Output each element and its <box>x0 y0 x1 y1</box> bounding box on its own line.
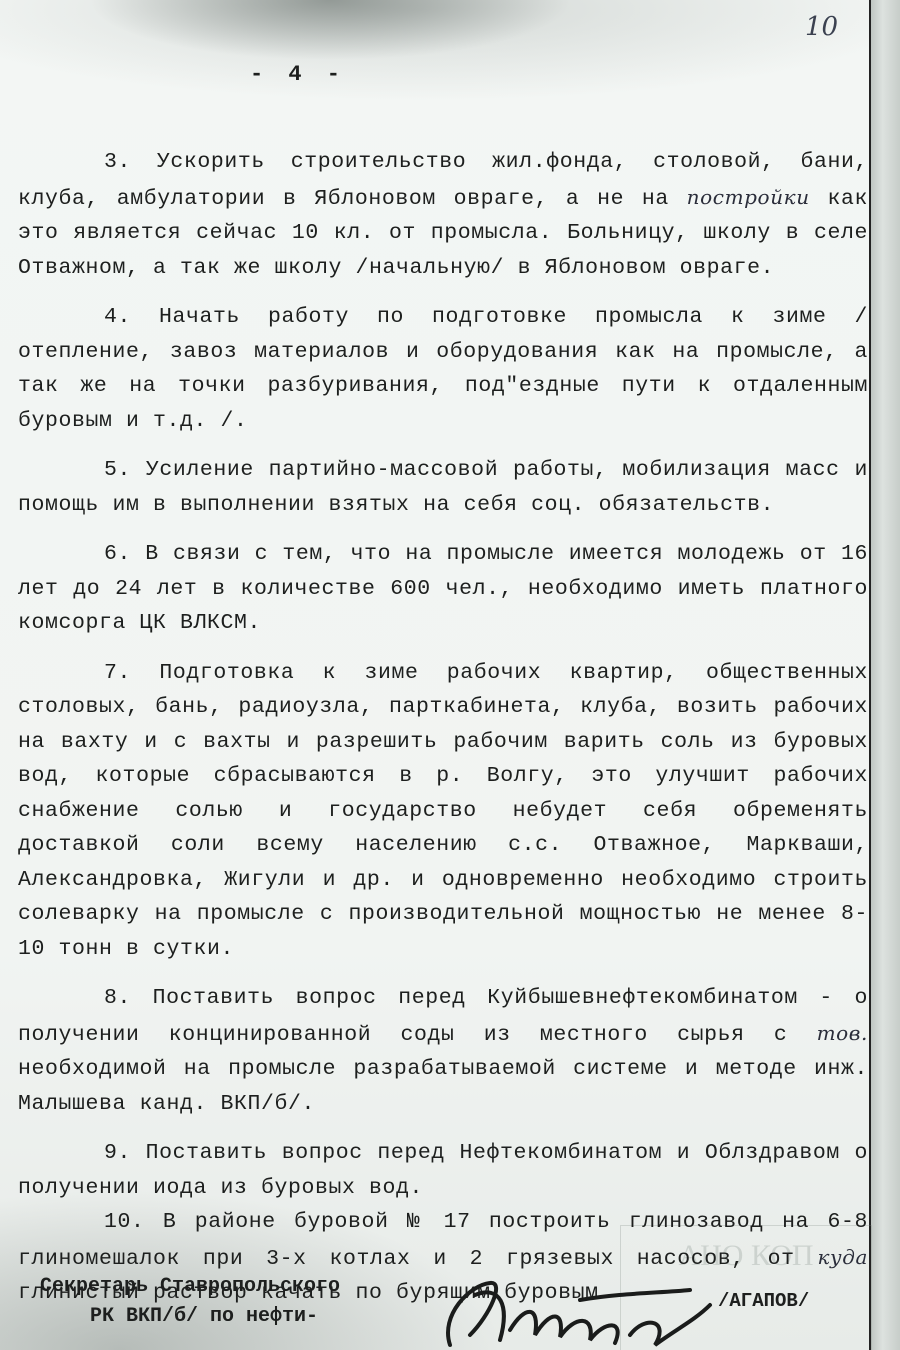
item-text: Поставить вопрос перед Куйбышевнефтекомб… <box>18 986 868 1047</box>
page-marker: - 4 - <box>250 62 346 87</box>
item-number: 10. <box>104 1210 145 1234</box>
document-body: 3. Ускорить строительство жил.фонда, сто… <box>18 145 868 1311</box>
item-7: 7. Подготовка к зиме рабочих квартир, об… <box>18 656 868 967</box>
item-5: 5. Усиление партийно-массовой работы, мо… <box>18 453 868 522</box>
item-text: Усиление партийно-массовой работы, мобил… <box>18 458 868 517</box>
item-number: 4. <box>104 305 131 329</box>
page-edge-line <box>869 0 871 1350</box>
item-text: Поставить вопрос перед Нефтекомбинатом и… <box>18 1141 868 1200</box>
handwritten-signature <box>430 1275 730 1350</box>
signatory-title-line1: Секретарь Ставропольского <box>40 1272 340 1302</box>
document-page: 10 - 4 - АНО КОП 3. Ускорить строительст… <box>0 0 900 1350</box>
handwritten-insert: тов. <box>817 1021 868 1045</box>
item-number: 3. <box>104 150 131 174</box>
item-3: 3. Ускорить строительство жил.фонда, сто… <box>18 145 868 285</box>
item-9: 9. Поставить вопрос перед Нефтекомбинато… <box>18 1136 868 1205</box>
item-text: Начать работу по подготовке промысла к з… <box>18 305 868 433</box>
item-number: 6. <box>104 542 131 566</box>
item-number: 8. <box>104 986 131 1010</box>
item-8: 8. Поставить вопрос перед Куйбышевнефтек… <box>18 981 868 1121</box>
item-4: 4. Начать работу по подготовке промысла … <box>18 300 868 438</box>
folio-number: 10 <box>805 12 838 42</box>
signatory-title: Секретарь Ставропольского РК ВКП/б/ по н… <box>40 1272 340 1332</box>
item-text: В районе буровой № 17 построить глинозав… <box>18 1210 868 1271</box>
item-text: В связи с тем, что на промысле имеется м… <box>18 542 868 635</box>
item-number: 9. <box>104 1141 131 1165</box>
signatory-name: /АГАПОВ/ <box>718 1290 809 1312</box>
handwritten-insert: постройки <box>687 185 810 209</box>
signatory-title-line2: РК ВКП/б/ по нефти- <box>40 1302 340 1332</box>
page-edge-shadow <box>871 0 900 1350</box>
item-number: 7. <box>104 661 131 685</box>
item-text-after: необходимой на промысле разрабатываемой … <box>18 1057 868 1116</box>
item-6: 6. В связи с тем, что на промысле имеетс… <box>18 537 868 641</box>
handwritten-insert: куда <box>817 1245 868 1269</box>
item-text: Подготовка к зиме рабочих квартир, общес… <box>18 661 868 961</box>
item-number: 5. <box>104 458 131 482</box>
